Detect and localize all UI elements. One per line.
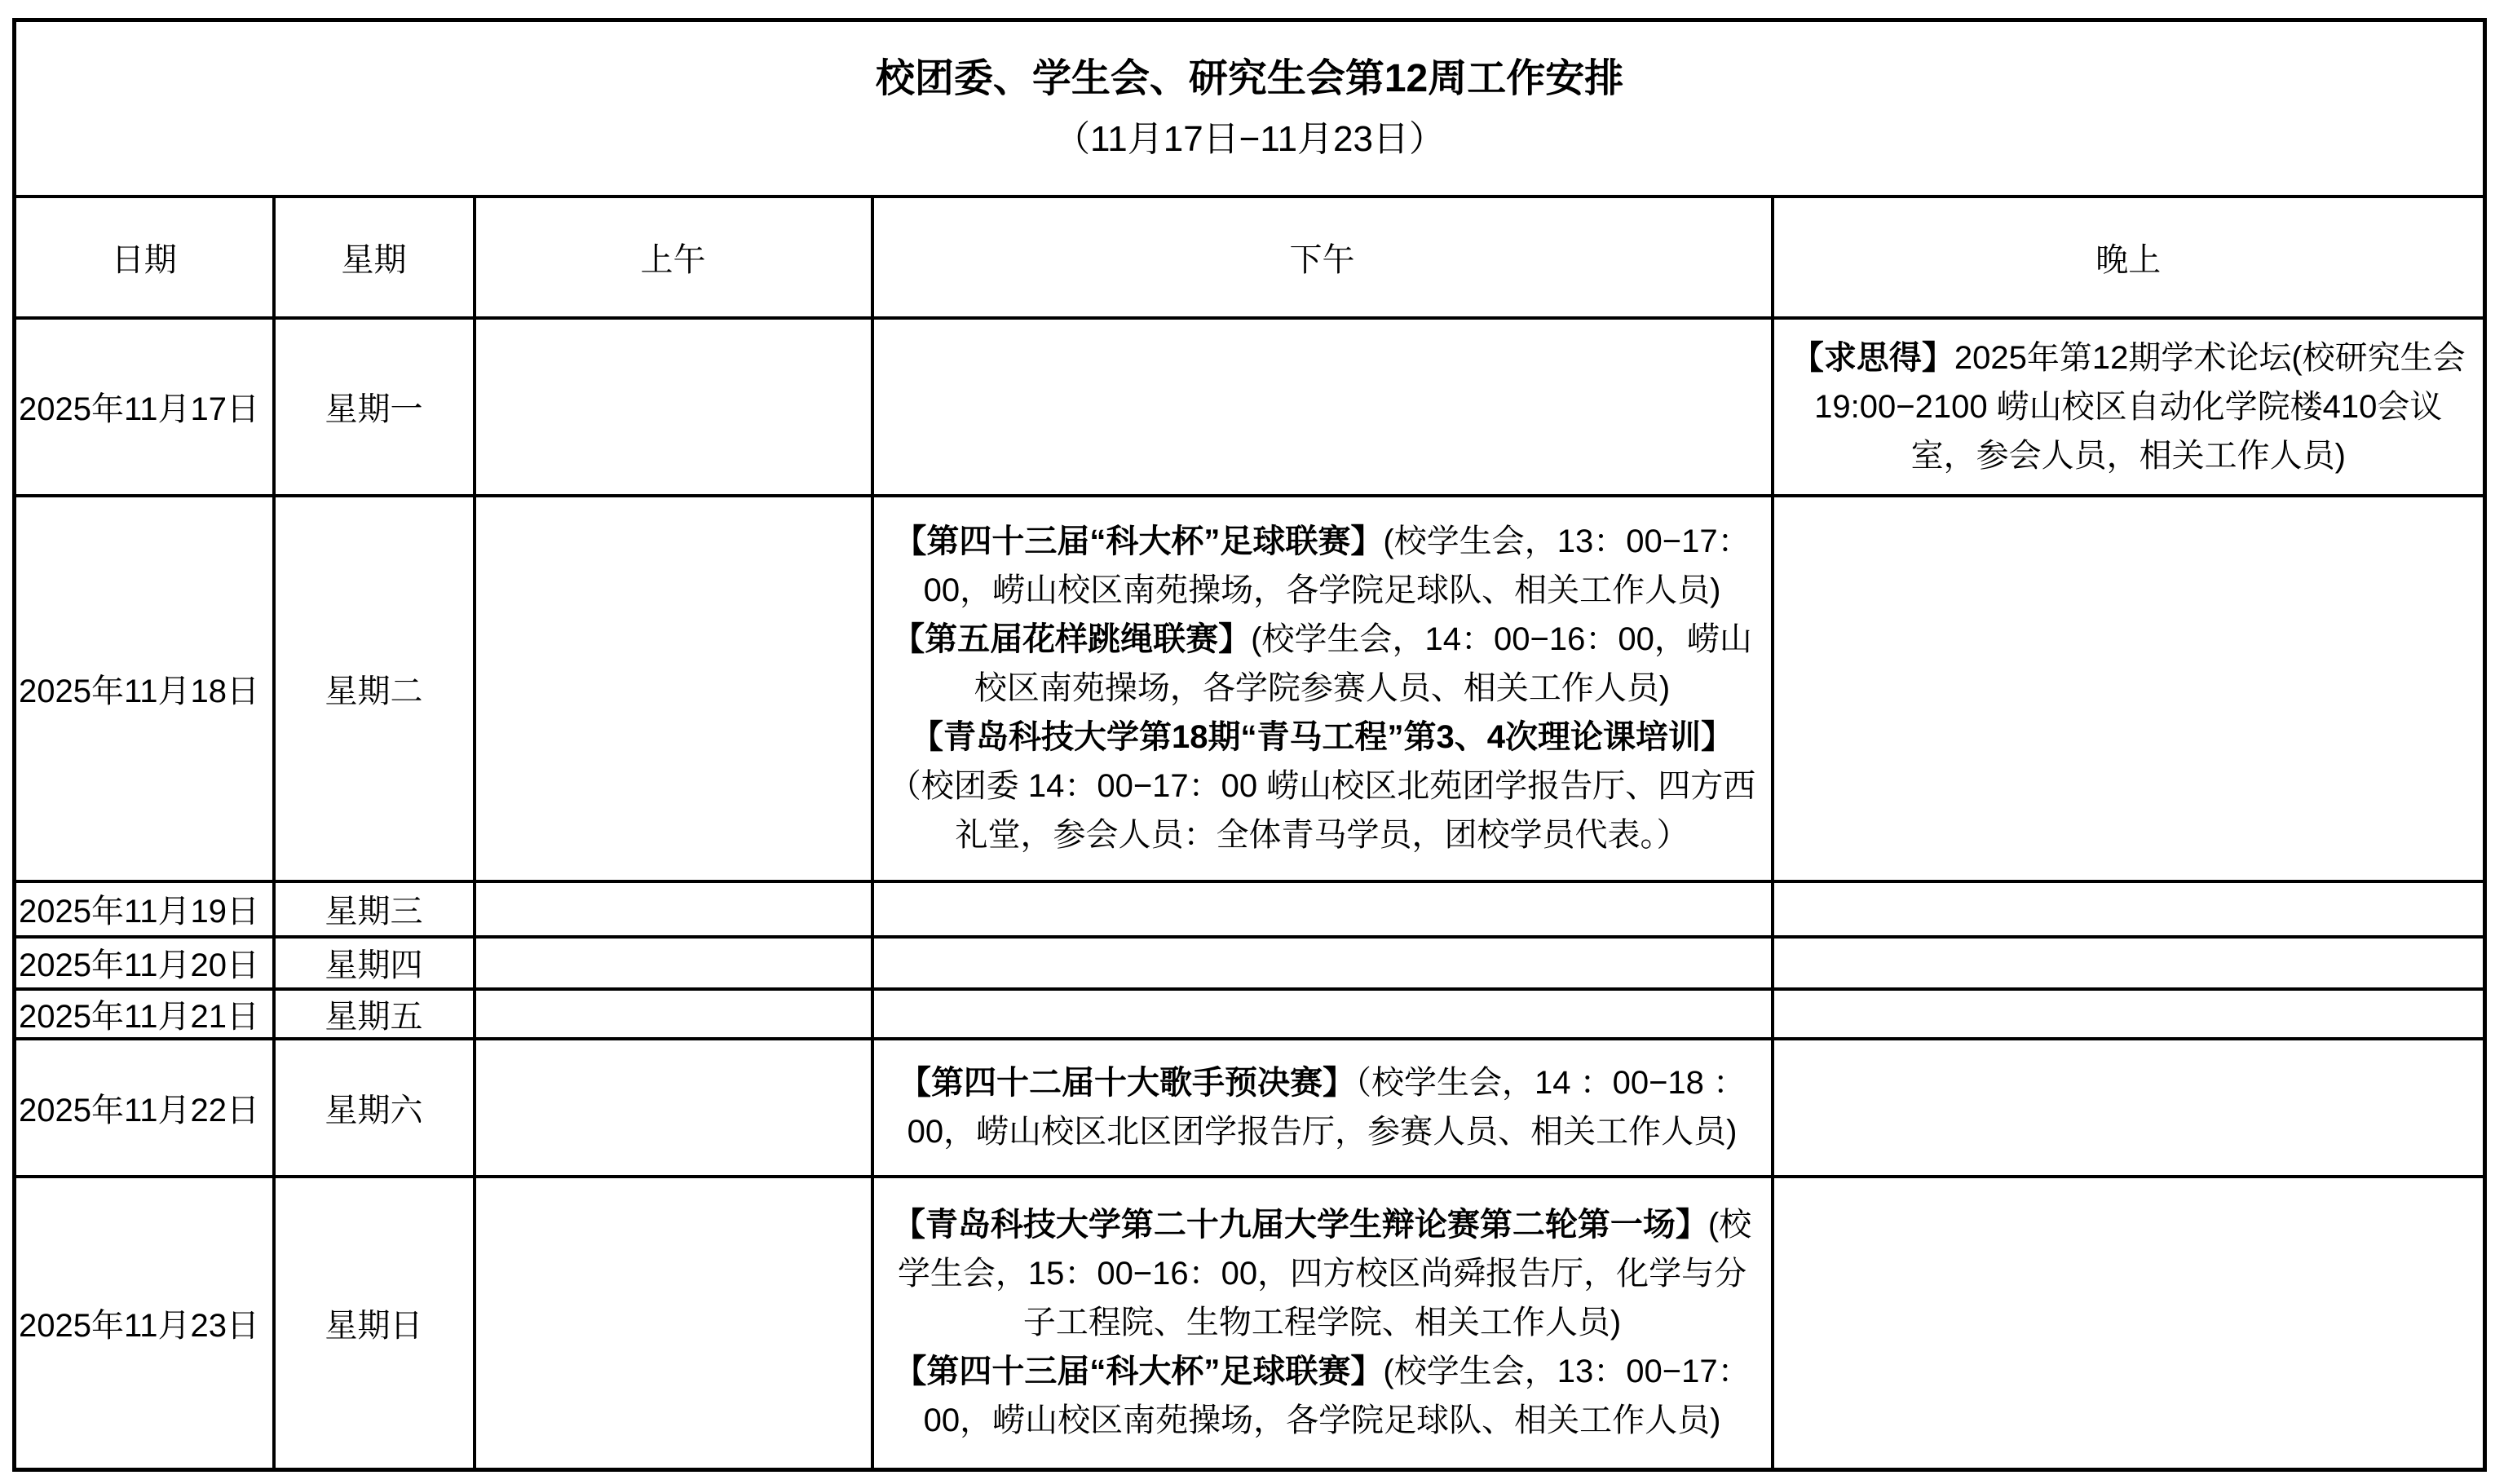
schedule-table: 校团委、学生会、研究生会第12周工作安排 （11月17日−11月23日） 日期 … [12, 18, 2487, 1472]
table-row: 2025年11月20日 星期四 [15, 937, 2485, 989]
table-row: 2025年11月22日 星期六 【第四十二届十大歌手预决赛】（校学生会，14 ：… [15, 1039, 2485, 1177]
morning-cell [475, 496, 872, 881]
event-item: 【第四十三届“科大杯”足球联赛】(校学生会，13：00−17：00，崂山校区南苑… [882, 1347, 1763, 1445]
page-title: 校团委、学生会、研究生会第12周工作安排 [16, 55, 2483, 103]
week-cell: 星期日 [274, 1177, 475, 1470]
event-item: 【第四十二届十大歌手预决赛】（校学生会，14 ：00−18 ：00，崂山校区北区… [882, 1058, 1763, 1156]
column-header-date: 日期 [15, 197, 274, 318]
week-cell: 星期六 [274, 1039, 475, 1177]
evening-cell [1773, 1177, 2485, 1470]
week-cell: 星期五 [274, 989, 475, 1039]
morning-cell [475, 937, 872, 989]
table-row: 2025年11月21日 星期五 [15, 989, 2485, 1039]
column-header-afternoon: 下午 [872, 197, 1773, 318]
event-name: 【第四十二届十大歌手预决赛】 [899, 1065, 1355, 1101]
date-cell: 2025年11月18日 [15, 496, 274, 881]
week-cell: 星期三 [274, 881, 475, 937]
column-header-morning: 上午 [475, 197, 872, 318]
column-header-week: 星期 [274, 197, 475, 318]
evening-cell: 【求思得】2025年第12期学术论坛(校研究生会 19:00−2100 崂山校区… [1773, 318, 2485, 496]
afternoon-cell [872, 318, 1773, 496]
column-header-evening: 晚上 [1773, 197, 2485, 318]
date-cell: 2025年11月17日 [15, 318, 274, 496]
event-item: 【青岛科技大学第18期“青马工程”第3、4次理论课培训】 （校团委 14：00−… [882, 713, 1763, 859]
event-name: 【青岛科技大学第二十九届大学生辩论赛第二轮第一场】 [893, 1207, 1708, 1243]
date-cell: 2025年11月19日 [15, 881, 274, 937]
afternoon-cell: 【青岛科技大学第二十九届大学生辩论赛第二轮第一场】(校学生会，15：00−16：… [872, 1177, 1773, 1470]
evening-cell [1773, 1039, 2485, 1177]
date-cell: 2025年11月21日 [15, 989, 274, 1039]
week-cell: 星期一 [274, 318, 475, 496]
morning-cell [475, 881, 872, 937]
afternoon-cell: 【第四十二届十大歌手预决赛】（校学生会，14 ：00−18 ：00，崂山校区北区… [872, 1039, 1773, 1177]
date-cell: 2025年11月23日 [15, 1177, 274, 1470]
event-item: 【求思得】2025年第12期学术论坛(校研究生会 19:00−2100 崂山校区… [1782, 333, 2475, 480]
event-name: 【第五届花样跳绳联赛】 [892, 621, 1251, 657]
date-cell: 2025年11月22日 [15, 1039, 274, 1177]
date-cell: 2025年11月20日 [15, 937, 274, 989]
document-sheet: 校团委、学生会、研究生会第12周工作安排 （11月17日−11月23日） 日期 … [0, 0, 2495, 1477]
afternoon-cell [872, 989, 1773, 1039]
morning-cell [475, 318, 872, 496]
week-cell: 星期四 [274, 937, 475, 989]
evening-cell [1773, 496, 2485, 881]
title-cell: 校团委、学生会、研究生会第12周工作安排 （11月17日−11月23日） [15, 20, 2485, 197]
event-item: 【第四十三届“科大杯”足球联赛】(校学生会，13：00−17：00，崂山校区南苑… [882, 517, 1763, 615]
event-name: 【青岛科技大学第18期“青马工程”第3、4次理论课培训】 [911, 719, 1733, 755]
event-item: 【第五届花样跳绳联赛】(校学生会，14：00−16：00，崂山校区南苑操场，各学… [882, 615, 1763, 713]
table-row: 2025年11月23日 星期日 【青岛科技大学第二十九届大学生辩论赛第二轮第一场… [15, 1177, 2485, 1470]
table-row: 2025年11月18日 星期二 【第四十三届“科大杯”足球联赛】(校学生会，13… [15, 496, 2485, 881]
evening-cell [1773, 937, 2485, 989]
page-subtitle: （11月17日−11月23日） [16, 118, 2483, 161]
morning-cell [475, 989, 872, 1039]
title-row: 校团委、学生会、研究生会第12周工作安排 （11月17日−11月23日） [15, 20, 2485, 197]
event-name: 【求思得】 [1791, 340, 1954, 376]
event-item: 【青岛科技大学第二十九届大学生辩论赛第二轮第一场】(校学生会，15：00−16：… [882, 1200, 1763, 1347]
afternoon-cell: 【第四十三届“科大杯”足球联赛】(校学生会，13：00−17：00，崂山校区南苑… [872, 496, 1773, 881]
morning-cell [475, 1177, 872, 1470]
table-row: 2025年11月17日 星期一 【求思得】2025年第12期学术论坛(校研究生会… [15, 318, 2485, 496]
event-detail: （校团委 14：00−17：00 崂山校区北苑团学报告厅、四方西礼堂，参会人员：… [889, 768, 1756, 853]
evening-cell [1773, 989, 2485, 1039]
evening-cell [1773, 881, 2485, 937]
event-name: 【第四十三届“科大杯”足球联赛】 [894, 523, 1383, 559]
event-name: 【第四十三届“科大杯”足球联赛】 [894, 1354, 1383, 1389]
table-row: 2025年11月19日 星期三 [15, 881, 2485, 937]
header-row: 日期 星期 上午 下午 晚上 [15, 197, 2485, 318]
afternoon-cell [872, 881, 1773, 937]
morning-cell [475, 1039, 872, 1177]
afternoon-cell [872, 937, 1773, 989]
week-cell: 星期二 [274, 496, 475, 881]
